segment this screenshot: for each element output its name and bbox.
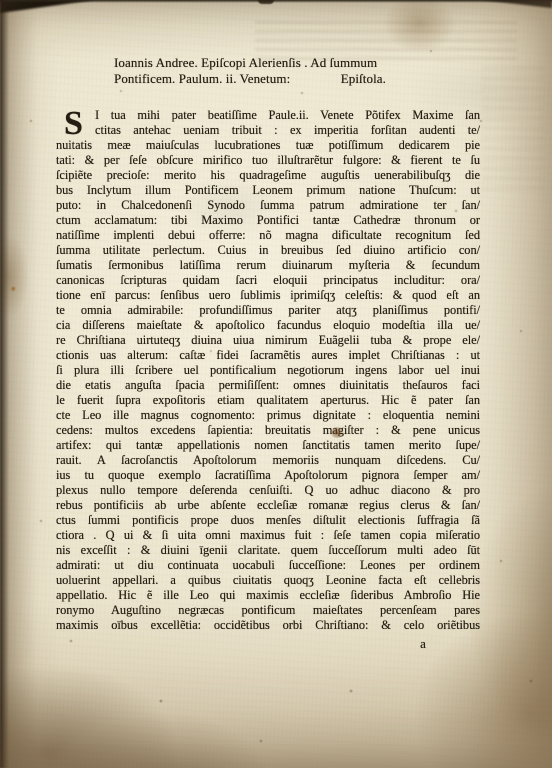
book-page: Ioannis Andree. Epiſcopi Alerienſis . Ad… <box>0 0 552 768</box>
text-line: ſumma utilitate perlectum. Cuius in breu… <box>56 243 480 258</box>
text-line: I tua mihi pater beatiſſime Paule.ii. Ve… <box>56 108 480 123</box>
text-line: die etatis anguſta ſpacia permiſiſſent: … <box>56 378 480 393</box>
heading-line-2: Pontificem. Paulum. ii. Venetum: Epiſtol… <box>114 71 386 87</box>
text-line: tione enī parcus: ſenſibus uero ſublimis… <box>56 288 480 303</box>
text-line: uoluerint appellari. a quibus ciuitatis … <box>56 573 480 588</box>
text-line: ronymo Auguſtino negræcas pontificum mai… <box>56 603 480 618</box>
scan-edge-corner-top-right <box>482 0 552 8</box>
text-line: rauit. A ſacroſanctis Apoſtolorum memori… <box>56 453 480 468</box>
text-line: canonicas ſcripturas quidam ſacri eloqui… <box>56 273 480 288</box>
text-line: ſi plura illi ſcribere uel pontificalium… <box>56 363 480 378</box>
text-line: ctionis uas alterum: caſtæ fidei ſacramẽ… <box>56 348 480 363</box>
text-line: nis exceſſit : & diuini īgenii claritate… <box>56 543 480 558</box>
ink-showthrough-margin <box>482 60 544 190</box>
text-line: te omnia admirabile: profundiſſimus pari… <box>56 303 480 318</box>
text-line: maximis oībus excellẽtia: occidẽtibus or… <box>56 618 480 633</box>
gutter-shadow-left <box>0 0 9 768</box>
text-line: artifex: qui tantæ appellationis nomen ſ… <box>56 438 480 453</box>
text-line: ctitas antehac ueniam tribuit : ex imper… <box>56 123 480 138</box>
ink-showthrough-top <box>255 16 517 60</box>
drop-cap-initial: S <box>64 110 83 138</box>
text-line: puto: in Chalcedonenſi Synodo ſumma patr… <box>56 198 480 213</box>
text-line: le fuerit ſupra expoſitoris etiam qualit… <box>56 393 480 408</box>
text-line: bus Inclytum illum Pontificem Leonem pri… <box>56 183 480 198</box>
text-line: plexus nullo tempore deſerenda cenſuiſti… <box>56 483 480 498</box>
heading-line-2-right: Epiſtola. <box>341 71 386 87</box>
text-line: ctus ſummi pontificis prope duos menſes … <box>56 513 480 528</box>
text-line: ſumatis ſermonibus latiſſima rerum diuin… <box>56 258 480 273</box>
paper-specks <box>0 0 2 2</box>
text-line: cte Leo ille magnus cognomento: primus d… <box>56 408 480 423</box>
text-line: ctum acclamatum: tibi Maximo Pontifici t… <box>56 213 480 228</box>
signature-mark: a <box>410 636 436 651</box>
text-line: tati: & per ſeſe obſcure mirifico tuo il… <box>56 153 480 168</box>
heading-line-2-left: Pontificem. Paulum. ii. Venetum: <box>114 71 290 87</box>
text-line: natiſſime implenti debui offerre: nõ mag… <box>56 228 480 243</box>
body-text: S I tua mihi pater beatiſſime Paule.ii. … <box>56 108 480 633</box>
text-line: ſcipiẽte precioſe: merito his quadrageſi… <box>56 168 480 183</box>
scan-edge-notch <box>258 0 274 4</box>
text-line: ius tu quoque exemplo ſacratiſſima Apoſt… <box>56 468 480 483</box>
chapter-heading: Ioannis Andree. Epiſcopi Alerienſis . Ad… <box>114 55 386 87</box>
text-line: cedens: multos excedens ſapientia: breui… <box>56 423 480 438</box>
heading-line-1: Ioannis Andree. Epiſcopi Alerienſis . Ad… <box>114 55 386 71</box>
text-line: ctiora . Q ui & ſi uita omni maximus fui… <box>56 528 480 543</box>
scan-edge-top <box>0 0 552 3</box>
text-line: cia diſſerens maieſtate & apoſtolico fac… <box>56 318 480 333</box>
text-line: admirati: ut diu continuata uocabuli ſuc… <box>56 558 480 573</box>
scan-edge-corner-top-left <box>0 0 95 13</box>
text-line: nuitatis meæ maiuſculas lucubrationes tu… <box>56 138 480 153</box>
body-lines: I tua mihi pater beatiſſime Paule.ii. Ve… <box>56 108 480 633</box>
text-line: appellatio. Hic ẽ ille Leo qui maximis e… <box>56 588 480 603</box>
text-line: rebus pontificiis ab urbe abſente eccleſ… <box>56 498 480 513</box>
text-line: re Chriſtiana uirtuteqʒ diuina uiua nimi… <box>56 333 480 348</box>
